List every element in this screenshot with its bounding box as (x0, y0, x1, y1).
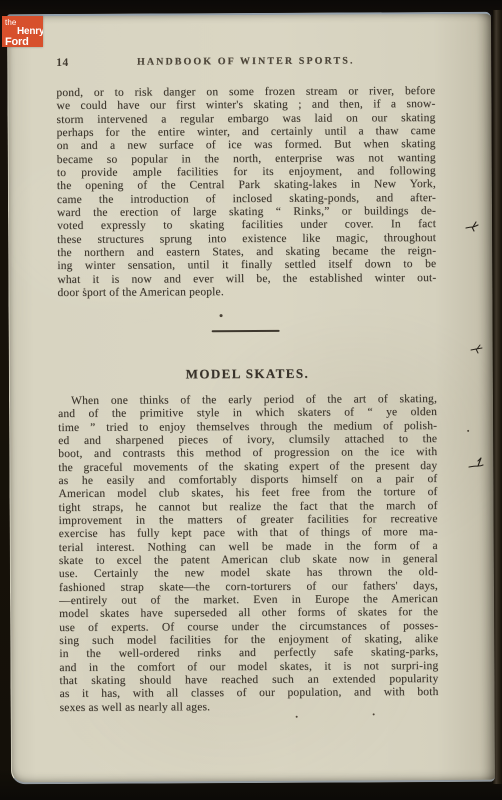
section-divider-rule (212, 330, 280, 332)
running-header: 14 HANDBOOK OF WINTER SPORTS. (56, 55, 435, 73)
running-title: HANDBOOK OF WINTER SPORTS. (56, 55, 435, 68)
text-line: in the well-ordered rinks and perfectly … (59, 646, 438, 661)
paragraph-1: pond, or to risk danger on some frozen s… (56, 85, 436, 300)
text-line: model skates have superseded all other f… (59, 606, 438, 621)
paper-speck (296, 716, 298, 718)
henry-ford-logo: the Henry Ford (2, 16, 43, 47)
paper-speck (467, 430, 469, 432)
book-page: 14 HANDBOOK OF WINTER SPORTS. pond, or t… (7, 12, 495, 785)
paper-speck (373, 713, 375, 715)
text-line: as it has, with all classes of our popul… (60, 686, 439, 701)
binding-stitch-mark (465, 220, 479, 234)
text-line: door sport of the American people. (57, 285, 436, 300)
text-line: what it is now and ever will be, the est… (57, 272, 436, 287)
logo-text-ford: Ford (5, 37, 43, 47)
logo-text-henry: Henry (17, 27, 43, 36)
text-line: use. Certainly the new model skate has t… (59, 566, 438, 581)
printers-dot (220, 314, 223, 317)
page-number: 14 (56, 57, 69, 69)
scanned-book-photo: 14 HANDBOOK OF WINTER SPORTS. pond, or t… (0, 0, 502, 800)
text-line: sexes as well as nearly all ages. (60, 700, 439, 715)
binding-stitch-mark (468, 456, 482, 470)
paper-speck (83, 288, 85, 290)
section-heading: MODEL SKATES. (58, 365, 437, 383)
text-line: ing winter sensation, until it finally s… (57, 258, 436, 273)
binding-stitch-mark (470, 342, 484, 356)
paragraph-2: When one thinks of the early period of t… (58, 393, 439, 715)
